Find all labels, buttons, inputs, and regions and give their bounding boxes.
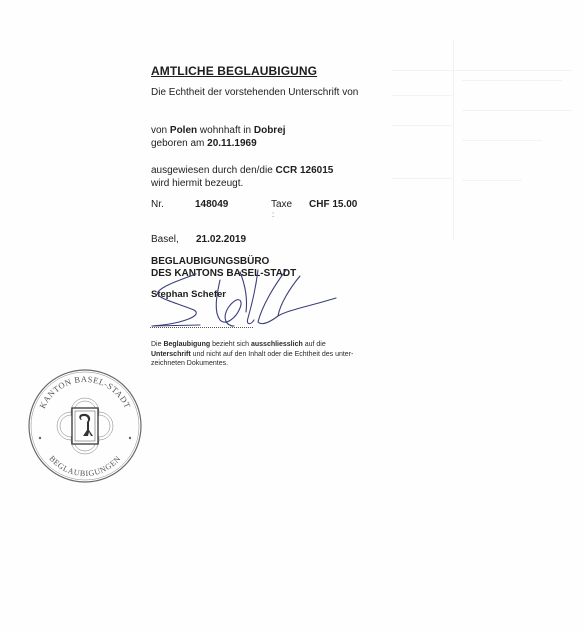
date: 21.02.2019 <box>196 234 246 245</box>
svg-text:KANTON BASEL-STADT: KANTON BASEL-STADT <box>37 374 133 410</box>
disclaimer-bold: Beglaubigung <box>163 341 210 348</box>
disclaimer-text: auf die <box>303 341 326 348</box>
office-name-line1: BEGLAUBIGUNGSBÜRO <box>151 256 269 267</box>
intro-text: Die Echtheit der vorstehenden Unterschri… <box>151 87 358 98</box>
confirmation-text: wird hiermit bezeugt. <box>151 178 243 189</box>
identification-line: ausgewiesen durch den/die CCR 126015 <box>151 165 333 176</box>
prefix-von: von <box>151 125 170 136</box>
place: Basel, <box>151 234 179 245</box>
fee-colon: : <box>272 210 274 219</box>
identification-document: CCR 126015 <box>276 165 334 176</box>
disclaimer-line3: zeichneten Dokumentes. <box>151 359 353 369</box>
svg-text:BEGLAUBIGUNGEN: BEGLAUBIGUNGEN <box>47 454 122 478</box>
seal-bottom-text: BEGLAUBIGUNGEN <box>47 454 122 478</box>
document-page: AMTLICHE BEGLAUBIGUNG Die Echtheit der v… <box>0 0 584 631</box>
number-value: 148049 <box>195 199 228 210</box>
number-label: Nr. <box>151 199 164 210</box>
identification-label: ausgewiesen durch den/die <box>151 165 276 176</box>
official-seal: KANTON BASEL-STADT BEGLAUBIGUNGEN <box>27 368 143 484</box>
disclaimer-text: und nicht auf den Inhalt oder die Echthe… <box>191 351 354 358</box>
disclaimer-line2: Unterschrift und nicht auf den Inhalt od… <box>151 350 353 360</box>
disclaimer-text: Die <box>151 341 163 348</box>
fee-label: Taxe <box>271 199 292 210</box>
disclaimer-text: bezieht sich <box>210 341 251 348</box>
person-origin-line: von Polen wohnhaft in Dobrej <box>151 125 286 136</box>
fee-value: CHF 15.00 <box>309 199 357 210</box>
disclaimer-bold: Unterschrift <box>151 351 191 358</box>
residence-label: wohnhaft in <box>197 125 254 136</box>
handwritten-signature <box>140 268 340 338</box>
birth-label: geboren am <box>151 138 207 149</box>
document-title: AMTLICHE BEGLAUBIGUNG <box>151 64 317 78</box>
birth-line: geboren am 20.11.1969 <box>151 138 257 149</box>
nationality: Polen <box>170 125 197 136</box>
seal-top-text: KANTON BASEL-STADT <box>37 374 133 410</box>
disclaimer: Die Beglaubigung bezieht sich ausschlies… <box>151 340 353 369</box>
disclaimer-line1: Die Beglaubigung bezieht sich ausschlies… <box>151 340 353 350</box>
disclaimer-bold: ausschliesslich <box>251 341 303 348</box>
birth-date: 20.11.1969 <box>207 138 257 149</box>
residence: Dobrej <box>254 125 286 136</box>
